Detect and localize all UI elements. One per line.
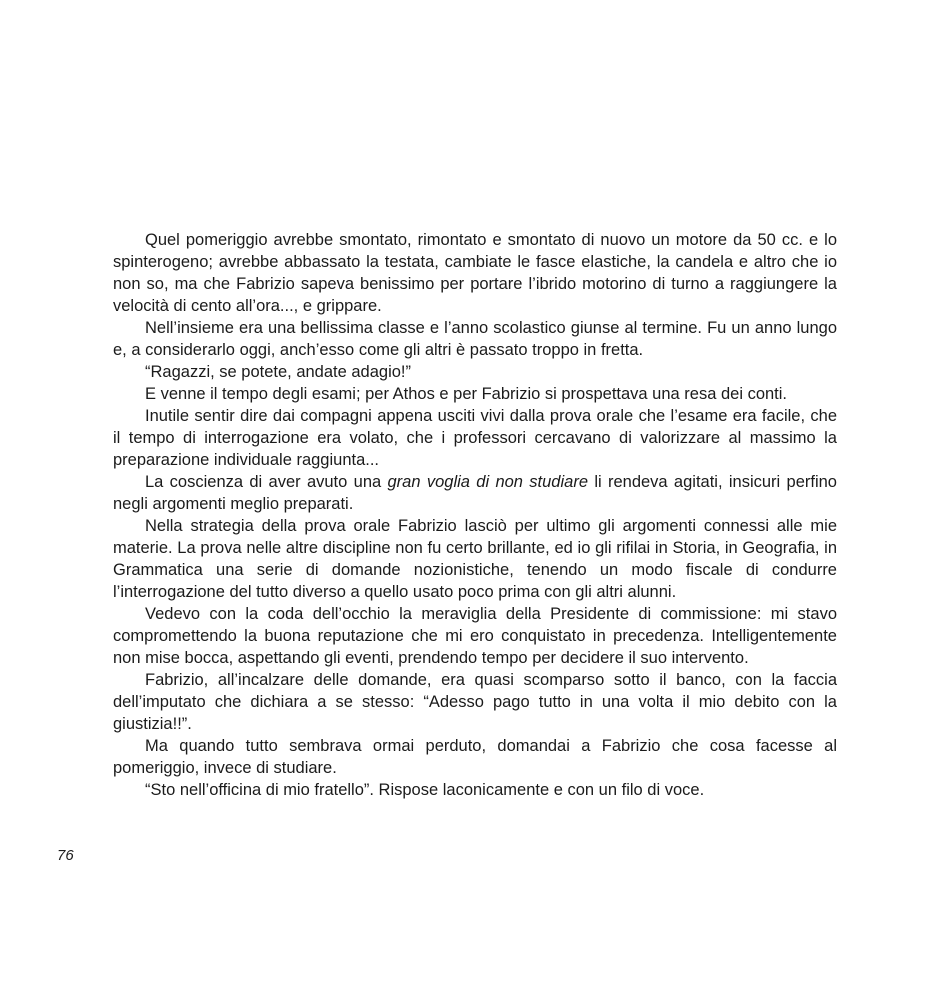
text-run: “Ragazzi, se potete, andate adagio!”	[145, 363, 411, 381]
text-run: Fabrizio, all’incalzare delle domande, e…	[113, 671, 837, 733]
paragraph-9: Fabrizio, all’incalzare delle domande, e…	[113, 669, 837, 735]
text-run: E venne il tempo degli esami; per Athos …	[145, 385, 787, 403]
paragraph-10: Ma quando tutto sembrava ormai perduto, …	[113, 735, 837, 779]
text-run: Nell’insieme era una bellissima classe e…	[113, 319, 837, 359]
paragraph-4: E venne il tempo degli esami; per Athos …	[113, 383, 837, 405]
paragraph-2: Nell’insieme era una bellissima classe e…	[113, 317, 837, 361]
text-run: “Sto nell’officina di mio fratello”. Ris…	[145, 781, 704, 799]
page-number: 76	[57, 845, 74, 867]
paragraph-1: Quel pomeriggio avrebbe smontato, rimont…	[113, 229, 837, 317]
text-run: Vedevo con la coda dell’occhio la meravi…	[113, 605, 837, 667]
book-page: 76 Quel pomeriggio avrebbe smontato, rim…	[0, 0, 942, 1000]
text-run: La coscienza di aver avuto una	[145, 473, 388, 491]
paragraph-7: Nella strategia della prova orale Fabriz…	[113, 515, 837, 603]
paragraph-6: La coscienza di aver avuto una gran vogl…	[113, 471, 837, 515]
paragraph-8: Vedevo con la coda dell’occhio la meravi…	[113, 603, 837, 669]
paragraph-5: Inutile sentir dire dai compagni appena …	[113, 405, 837, 471]
text-block: Quel pomeriggio avrebbe smontato, rimont…	[113, 229, 837, 801]
paragraph-11: “Sto nell’officina di mio fratello”. Ris…	[113, 779, 837, 801]
italic-text-run: gran voglia di non studiare	[388, 473, 589, 491]
text-run: Inutile sentir dire dai compagni appena …	[113, 407, 837, 469]
text-run: Quel pomeriggio avrebbe smontato, rimont…	[113, 231, 837, 315]
paragraph-3: “Ragazzi, se potete, andate adagio!”	[113, 361, 837, 383]
text-run: Ma quando tutto sembrava ormai perduto, …	[113, 737, 837, 777]
text-run: Nella strategia della prova orale Fabriz…	[113, 517, 837, 601]
